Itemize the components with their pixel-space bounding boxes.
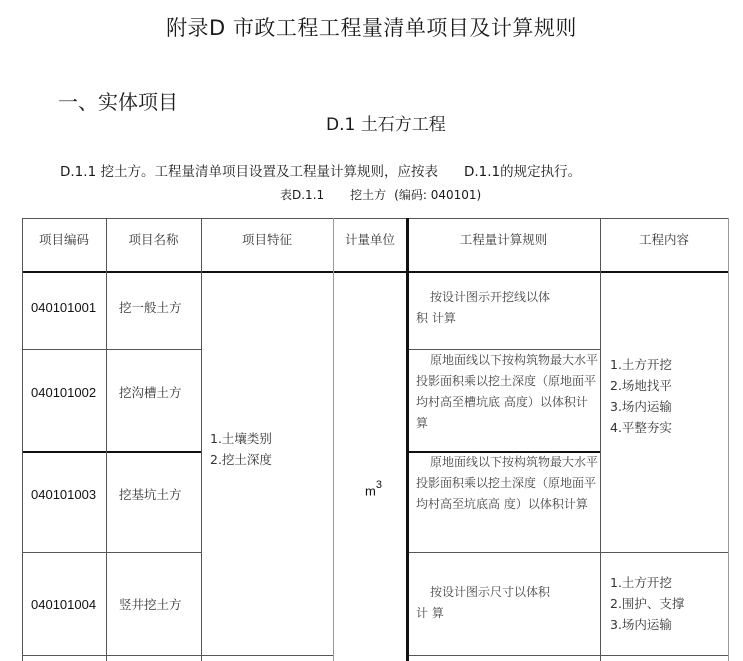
content-item: 4.平整夯实 [610, 417, 725, 438]
row1-rule-line1: 按设计图示开挖线以体 [416, 287, 596, 308]
col-border-2 [201, 218, 202, 661]
col-border-5 [600, 218, 601, 661]
row3-rule: 原地面线以下按构筑物最大水平投影面积乘以挖土深度（原地面平均村高至坑底高 度）以… [416, 452, 598, 515]
feature-item: 2.挖土深度 [210, 449, 330, 470]
row4-code: 040101004 [31, 597, 96, 614]
row2-rule: 原地面线以下按构筑物最大水平投影面积乘以挖土深度（原地面平均村高至槽坑底 高度）… [416, 350, 598, 434]
row1-border-left [22, 349, 202, 350]
unit-exponent: 3 [376, 479, 382, 491]
col-border-3 [333, 218, 334, 661]
content-item: 3.场内运输 [610, 396, 725, 417]
feature-item: 1.土壤类别 [210, 428, 330, 449]
content-group-2: 1.土方开挖 2.围护、支撑 3.场内运输 [610, 572, 725, 635]
intro-paragraph: D.1.1 挖土方。工程量清单项目设置及工程量计算规则，应按表D.1.1的规定执… [60, 160, 581, 180]
col-border-1 [106, 218, 107, 661]
header-content: 工程内容 [600, 232, 728, 248]
header-unit: 计量单位 [333, 232, 407, 248]
row1-code: 040101001 [31, 300, 96, 317]
col-border-6 [728, 218, 729, 661]
caption-table-no: 表D.1.1 [280, 188, 324, 202]
caption-code: (编码: 040101) [394, 188, 481, 202]
features-list: 1.土壤类别 2.挖土深度 [210, 428, 330, 470]
intro-part1: D.1.1 挖土方。工程量清单项目设置及工程量计算规则，应按表 [60, 164, 438, 180]
section-heading: 一、实体项目 [58, 86, 178, 115]
col-border-4 [406, 218, 409, 661]
unit-cell: m3 [365, 480, 382, 500]
content-item: 1.土方开挖 [610, 354, 725, 375]
col-border-0 [22, 218, 23, 661]
row2-border-left [22, 451, 202, 453]
caption-name: 挖土方 [350, 188, 386, 202]
row4-border-left [22, 655, 334, 656]
row3-name: 挖基坑土方 [119, 487, 182, 503]
table-top-border [22, 218, 728, 219]
row4-border-right [407, 655, 728, 656]
header-code: 项目编码 [22, 232, 106, 248]
unit-base: m [365, 483, 376, 498]
sub-heading: D.1 土石方工程 [326, 110, 446, 135]
row4-rule-line1: 按设计图示尺寸以体积 [416, 582, 596, 603]
content-group-1: 1.土方开挖 2.场地找平 3.场内运输 4.平整夯实 [610, 354, 725, 438]
row2-code: 040101002 [31, 385, 96, 402]
header-features: 项目特征 [201, 232, 333, 248]
content-item: 2.场地找平 [610, 375, 725, 396]
row1-name: 挖一般土方 [119, 300, 182, 316]
content-item: 3.场内运输 [610, 614, 725, 635]
row3-border-right [407, 552, 728, 553]
content-item: 1.土方开挖 [610, 572, 725, 593]
header-bottom-border [22, 271, 728, 273]
row1-rule: 按设计图示开挖线以体 积 计算 [416, 287, 596, 329]
content-item: 2.围护、支撑 [610, 593, 725, 614]
intro-part2: D.1.1的规定执行。 [464, 164, 581, 180]
row1-rule-line2: 积 计算 [416, 308, 596, 329]
row4-rule: 按设计图示尺寸以体积 计 算 [416, 582, 596, 624]
row3-code: 040101003 [31, 487, 96, 504]
row3-border-left [22, 552, 202, 553]
header-name: 项目名称 [106, 232, 201, 248]
table-caption: 表D.1.1挖土方(编码: 040101) [280, 186, 481, 203]
row4-rule-line2: 计 算 [416, 603, 596, 624]
header-rule: 工程量计算规则 [407, 232, 600, 248]
row4-name: 竖井挖土方 [119, 597, 182, 613]
row2-name: 挖沟槽土方 [119, 385, 182, 401]
document-title: 附录D 市政工程工程量清单项目及计算规则 [0, 12, 743, 42]
